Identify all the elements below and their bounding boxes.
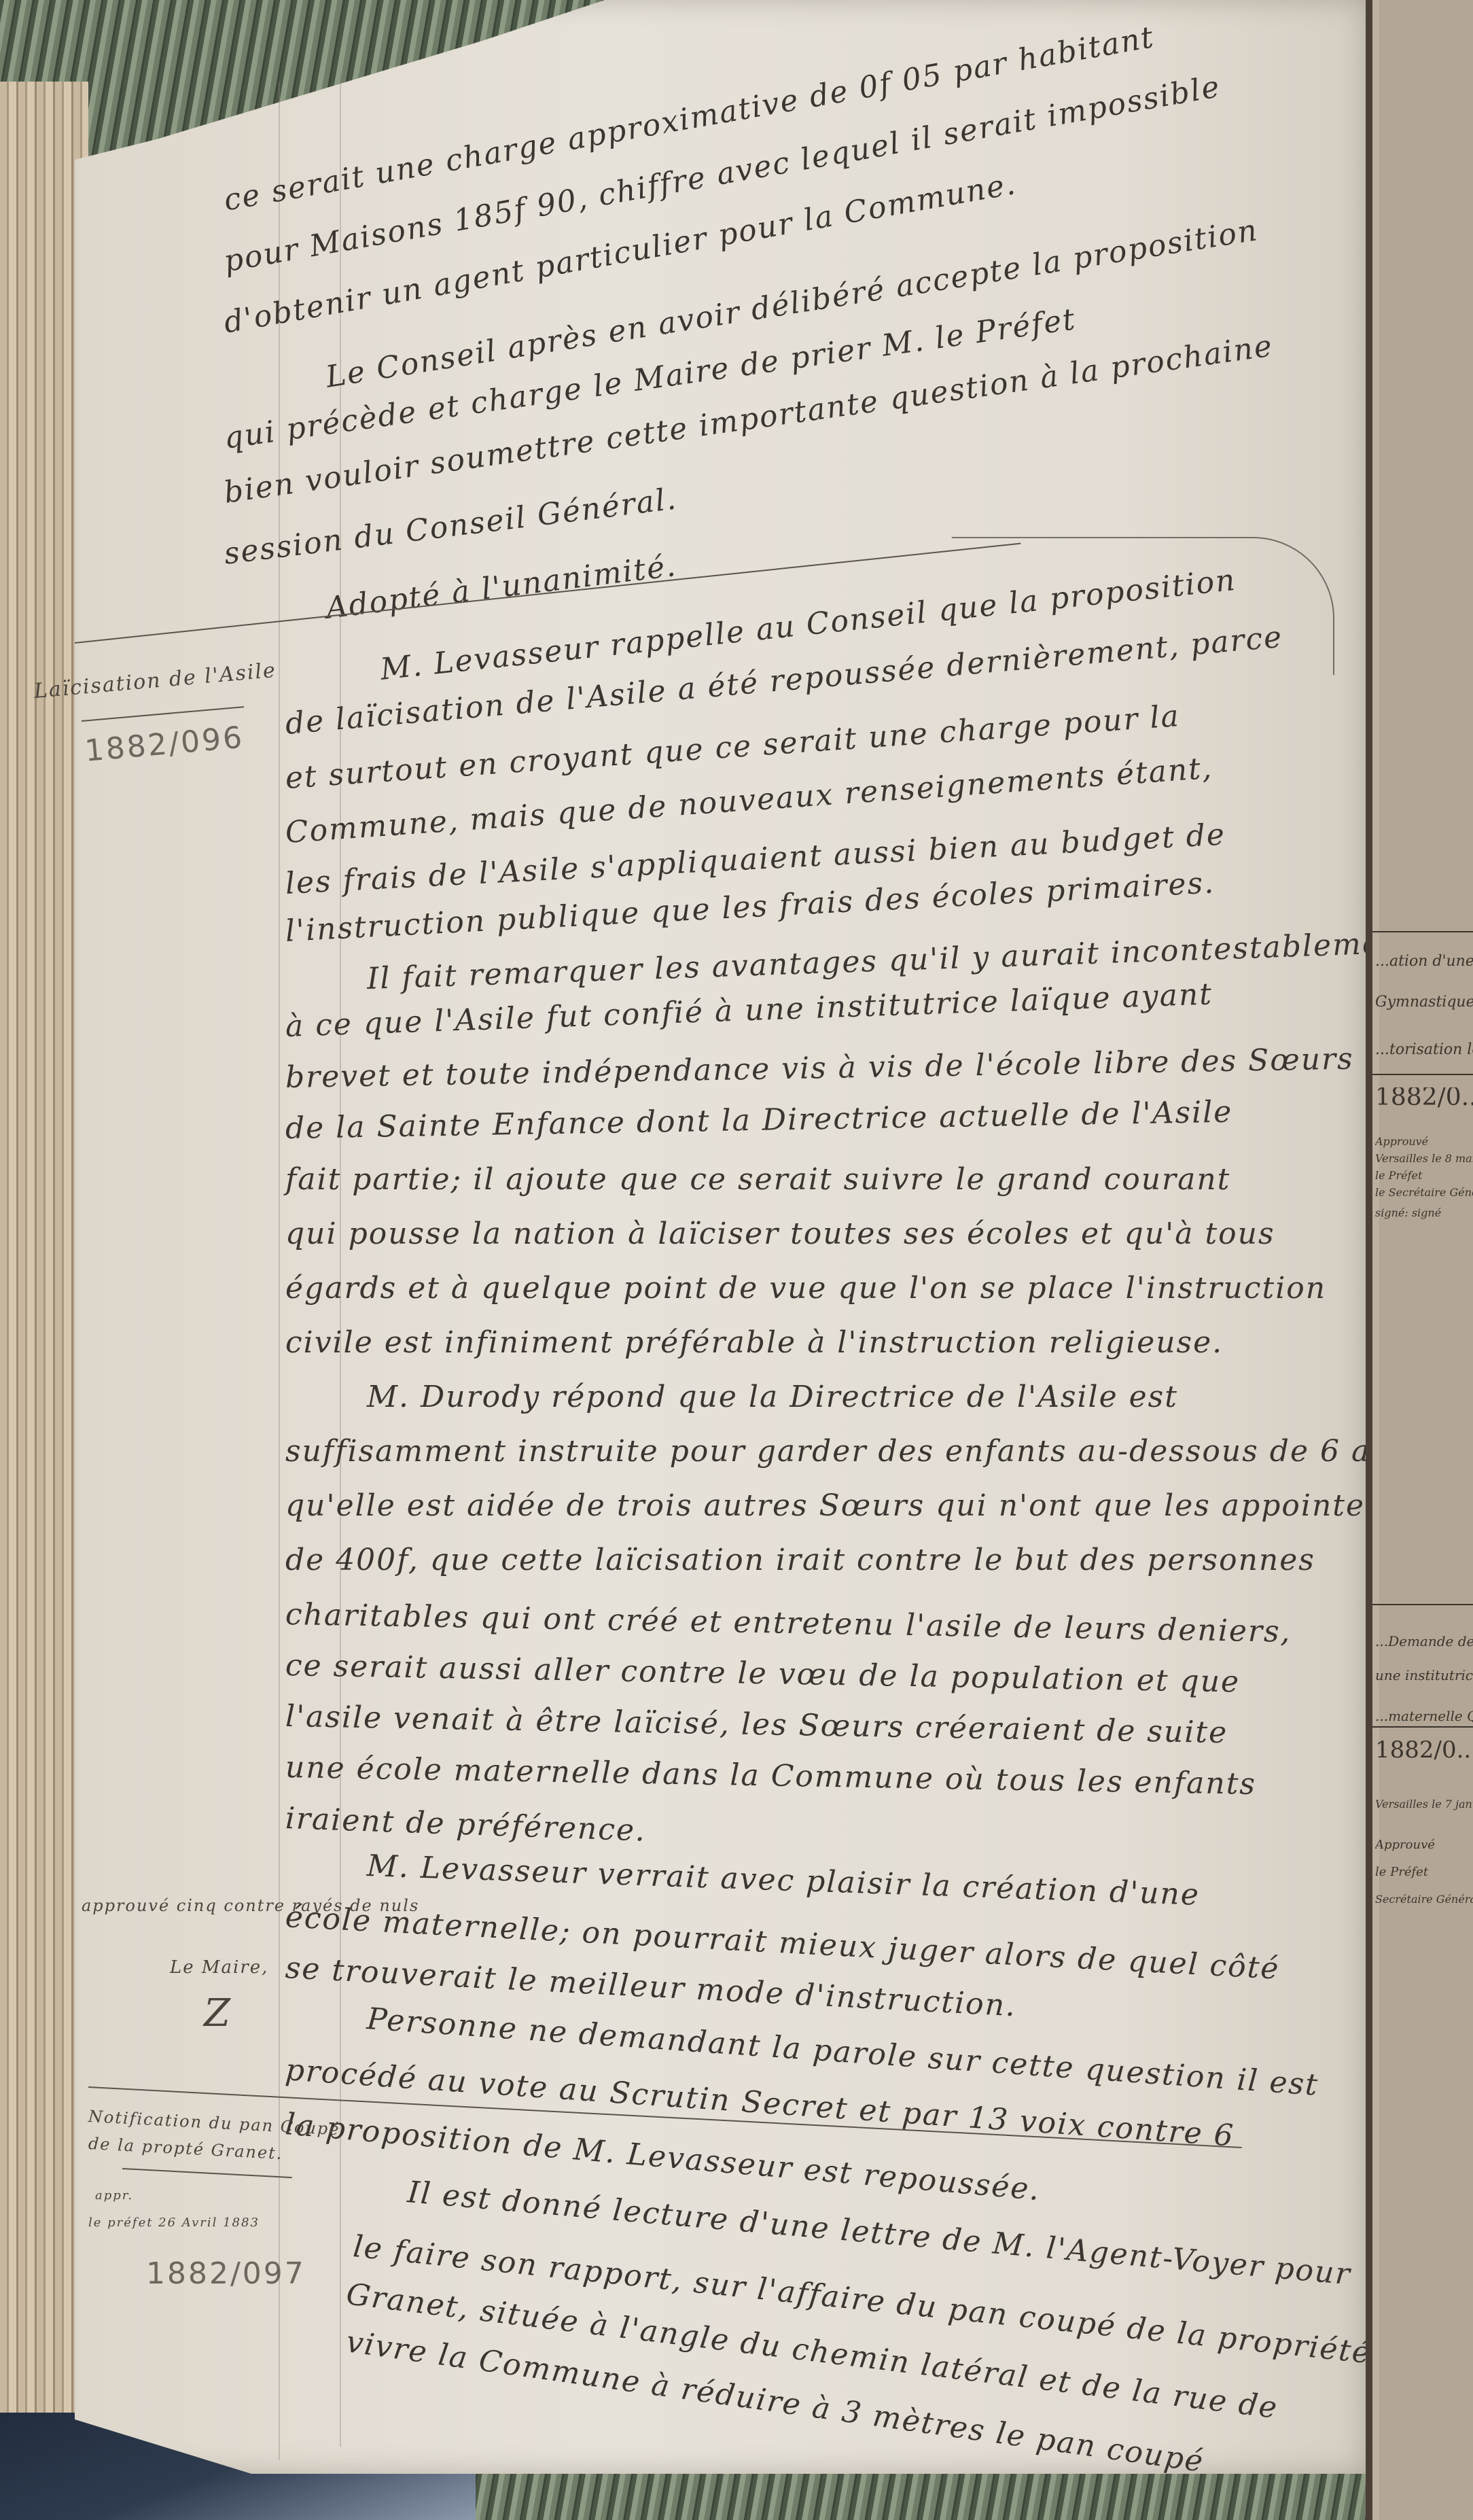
text-line: qu'elle est aidée de trois autres Sœurs …: [285, 1488, 1464, 1523]
margin-vote-note: approuvé cinq contre rayés de nuls: [82, 1896, 419, 1915]
facing-page-rule: [1372, 931, 1473, 932]
facing-note-line: ...torisation le 30: [1375, 1040, 1473, 1060]
text-line: civile est infiniment préférable à l'ins…: [285, 1325, 1223, 1360]
facing-page-rule: [1372, 1726, 1473, 1728]
facing-note-line: ...maternelle Q...: [1375, 1706, 1473, 1726]
margin-approval: appr.: [95, 2188, 133, 2203]
text-line: de 400f, que cette laïcisation irait con…: [285, 1543, 1315, 1577]
facing-note-sub: Secrétaire Général: [1375, 1889, 1473, 1910]
facing-note-ref: 1882/0..: [1375, 1740, 1473, 1760]
margin-date: le préfet 26 Avril 1883: [88, 2216, 260, 2230]
margin-signature-label: Le Maire,: [170, 1957, 268, 1978]
facing-note-line: Gymnastique: [1375, 992, 1473, 1013]
facing-note-line: ...ation d'une Société: [1375, 951, 1473, 972]
facing-note-line: une institutrice: [1375, 1665, 1473, 1685]
margin-reference-number: 1882/097: [146, 2256, 306, 2291]
facing-note-sub: le Préfet: [1375, 1862, 1473, 1883]
text-line: qui pousse la nation à laïciser toutes s…: [285, 1217, 1275, 1251]
facing-note-line: ...Demande de traitement: [1375, 1631, 1473, 1651]
text-line: égards et à quelque point de vue que l'o…: [285, 1271, 1326, 1306]
facing-page-rule: [1372, 1074, 1473, 1075]
facing-note-sub: Approuvé: [1375, 1835, 1473, 1855]
margin-signature: Z: [204, 1991, 232, 2035]
facing-page-edge: [1366, 0, 1473, 2520]
text-line: suffisamment instruite pour garder des e…: [285, 1434, 1408, 1469]
facing-note-sub: le Secrétaire Général: [1375, 1183, 1473, 1203]
facing-note-sub: Versailles le 7 janvier: [1375, 1794, 1473, 1815]
text-line: fait partie; il ajoute que ce serait sui…: [285, 1162, 1230, 1197]
facing-note-sub: signé: signé: [1375, 1203, 1473, 1223]
text-line: M. Durody répond que la Directrice de l'…: [367, 1380, 1178, 1414]
facing-note-ref: 1882/0..: [1375, 1087, 1473, 1108]
facing-page-rule: [1372, 1604, 1473, 1605]
